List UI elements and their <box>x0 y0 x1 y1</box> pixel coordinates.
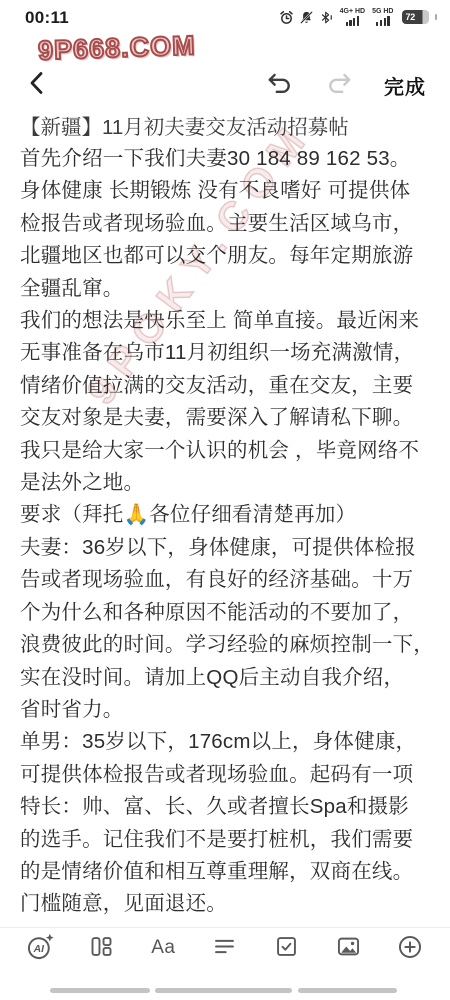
note-line: 夫妻：36岁以下，身体健康，可提供体检报 <box>20 532 444 564</box>
note-line: 浪费彼此的时间。学习经验的麻烦控制一下， <box>20 629 444 661</box>
back-chevron-icon <box>26 70 50 99</box>
toolbar-divider <box>0 927 450 928</box>
text-format-icon: Aa <box>151 937 175 959</box>
checklist-icon <box>273 933 300 963</box>
note-line: 北疆地区也都可以交个朋友。每年定期旅游 <box>20 240 444 272</box>
battery-nub <box>435 14 438 20</box>
note-line: 交友对象是夫妻，需要深入了解请私下聊。 <box>20 402 444 434</box>
signal-5g: 5G HD <box>372 8 393 26</box>
clock-time: 00:11 <box>25 8 69 28</box>
status-bar: 00:11 4G+ HD <box>0 0 450 34</box>
note-line: 全疆乱窜。 <box>20 273 444 305</box>
signal-4g: 4G+ HD <box>340 8 365 26</box>
note-line: 个为什么和各种原因不能活动的不要加了， <box>20 597 444 629</box>
checklist-button[interactable] <box>271 932 303 964</box>
note-body[interactable]: 首先介绍一下我们夫妻30 184 89 162 53。身体健康 长期锻炼 没有不… <box>20 143 444 921</box>
note-line: 是法外之地。 <box>20 467 444 499</box>
note-line: 检报告或者现场验血。主要生活区域乌市， <box>20 208 444 240</box>
note-line: 告或者现场验血，有良好的经济基础。十万 <box>20 564 444 596</box>
ai-sparkle-icon: AI <box>25 932 55 965</box>
paragraph-align-button[interactable] <box>209 932 241 964</box>
editor-navbar: 完成 <box>0 62 450 106</box>
ai-assistant-button[interactable]: AI <box>24 932 56 964</box>
note-line: 首先介绍一下我们夫妻30 184 89 162 53。 <box>20 143 444 175</box>
note-line: 我们的想法是快乐至上 简单直接。最近闲来 <box>20 305 444 337</box>
network-4g-label: 4G+ HD <box>340 8 365 15</box>
redo-icon <box>325 84 353 99</box>
keyboard-peek-bar <box>155 988 292 993</box>
note-line: 省时省力。 <box>20 694 444 726</box>
plus-circle-icon <box>396 933 424 964</box>
keyboard-peek-bar <box>50 988 150 993</box>
note-line: 特长：帅、富、长、久或者擅长Spa和摄影 <box>20 791 444 823</box>
done-button[interactable]: 完成 <box>384 71 426 100</box>
signal-bars-5g <box>376 16 390 26</box>
editor-toolbar: AI Aa <box>0 930 450 966</box>
note-line: 的是情绪价值和相互尊重理解，双商在线。 <box>20 856 444 888</box>
note-line: 身体健康 长期锻炼 没有不良嗜好 可提供体 <box>20 175 444 207</box>
back-button[interactable] <box>24 70 52 98</box>
keyboard-peek-bar <box>298 988 397 993</box>
template-layout-button[interactable] <box>86 932 118 964</box>
insert-image-icon <box>335 933 362 963</box>
note-title[interactable]: 【新疆】11月初夫妻交友活动招募帖 <box>20 114 349 139</box>
phone-screen: 00:11 4G+ HD <box>0 0 450 1000</box>
note-line: 的选手。记住我们不是要打桩机，我们需要 <box>20 824 444 856</box>
note-line: 门槛随意，见面退还。 <box>20 888 444 920</box>
signal-bars-4g <box>346 16 360 26</box>
note-line: 单男：35岁以下，176cm以上，身体健康， <box>20 726 444 758</box>
alarm-clock-icon <box>279 10 294 25</box>
battery-indicator: 72 <box>402 10 429 24</box>
battery-percent: 72 <box>406 12 415 22</box>
note-line: 无事准备在乌市11月初组织一场充满激情， <box>20 337 444 369</box>
text-format-button[interactable]: Aa <box>147 932 179 964</box>
note-line: 实在没时间。请加上QQ后主动自我介绍， <box>20 662 444 694</box>
note-line: 可提供体检报告或者现场验血。起码有一项 <box>20 759 444 791</box>
notifications-off-icon <box>299 10 314 25</box>
undo-button[interactable] <box>265 70 295 98</box>
undo-icon <box>266 84 294 99</box>
network-5g-label: 5G HD <box>372 8 393 15</box>
status-icons: 4G+ HD 5G HD 72 <box>279 7 437 27</box>
template-layout-icon <box>88 933 115 963</box>
note-line: 要求（拜托🙏各位仔细看清楚再加） <box>20 499 444 531</box>
redo-button[interactable] <box>324 70 354 98</box>
add-more-button[interactable] <box>394 932 426 964</box>
bluetooth-icon <box>319 10 333 25</box>
svg-text:AI: AI <box>33 943 45 954</box>
paragraph-align-icon <box>211 933 238 963</box>
insert-image-button[interactable] <box>332 932 364 964</box>
note-line: 情绪价值拉满的交友活动，重在交友，主要 <box>20 370 444 402</box>
note-line: 我只是给大家一个认识的机会 ，毕竟网络不 <box>20 435 444 467</box>
